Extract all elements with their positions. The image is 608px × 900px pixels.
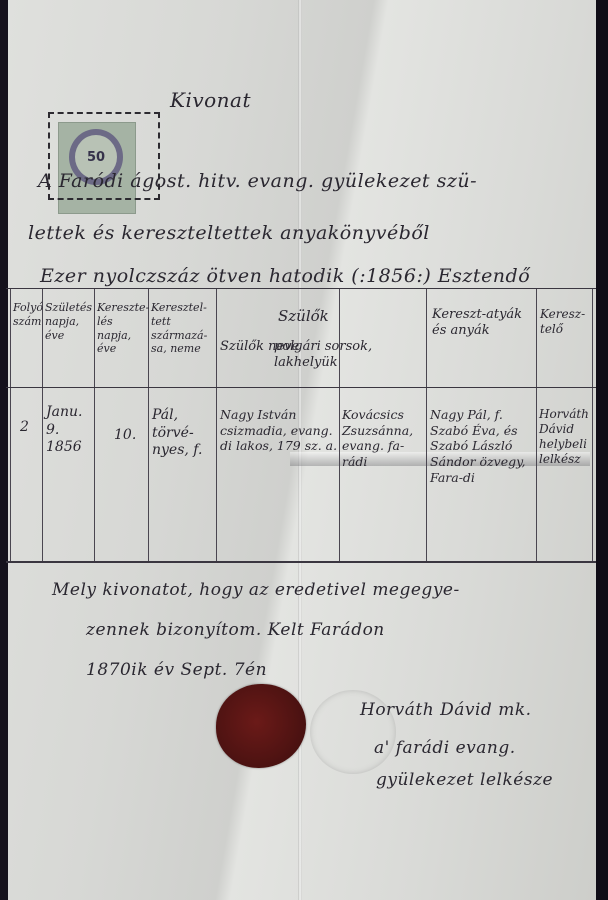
signature-name: Horváth Dávid mk. <box>360 700 532 720</box>
header-separator <box>6 387 596 388</box>
header-szuletes: Születés napja, éve <box>45 301 93 342</box>
table-border-right <box>592 289 593 561</box>
header-kereszttelo: Keresz-telő <box>540 307 590 337</box>
row-parents: Nagy István csizmadia, evang. di lakos, … <box>220 407 338 454</box>
row-baptism-date: 10. <box>114 427 136 445</box>
signature-title: gyülekezet lelkésze <box>376 770 553 790</box>
header-polgari-sors: polgári sorsok, lakhelyük <box>274 339 424 372</box>
header-kereszteles: Kereszte-lés napja, éve <box>97 301 147 356</box>
baptism-register-table: Folyó szám Születés napja, éve Kereszte-… <box>6 288 596 563</box>
row-child: Pál, törvé-nyes, f. <box>152 407 214 460</box>
column-divider <box>536 289 537 561</box>
row-mother-status: Kovácsics Zsuzsánna, evang. fa-rádi <box>342 407 424 470</box>
closing-line-2: zennek bizonyítom. Kelt Farádon <box>86 620 385 640</box>
header-folyo-szam: Folyó szám <box>13 301 41 329</box>
column-divider <box>94 289 95 561</box>
intro-line-2: lettek és kereszteltettek anyakönyvéből <box>28 222 430 244</box>
document-title: Kivonat <box>170 88 251 112</box>
header-szulok-group: Szülők <box>278 307 329 326</box>
row-baptizer: Horváth Dávid helybeli lelkész <box>539 407 591 467</box>
signature-line-2: a' farádi evang. <box>374 738 516 758</box>
column-divider <box>339 289 340 561</box>
header-keresztszulok: Kereszt-atyák és anyák <box>432 307 532 340</box>
closing-line-1: Mely kivonatot, hogy az eredetivel megeg… <box>52 580 460 600</box>
column-divider <box>148 289 149 561</box>
row-birth-date: Janu. 9. 1856 <box>46 404 92 457</box>
intro-line-1: A Faródi ágost. hitv. evang. gyülekezet … <box>38 170 477 192</box>
table-border-left <box>10 289 11 561</box>
row-godparents: Nagy Pál, f. Szabó Éva, és Szabó László … <box>430 407 534 485</box>
background-edge <box>596 0 608 900</box>
closing-line-3: 1870ik év Sept. 7én <box>86 660 267 680</box>
intro-line-3: Ezer nyolczszáz ötven hatodik (:1856:) E… <box>40 265 530 287</box>
column-divider <box>216 289 217 561</box>
header-kereszteltett: Keresztel-tett származá-sa, neme <box>151 301 215 356</box>
column-divider <box>426 289 427 561</box>
row-number: 2 <box>20 419 29 437</box>
column-divider <box>42 289 43 561</box>
